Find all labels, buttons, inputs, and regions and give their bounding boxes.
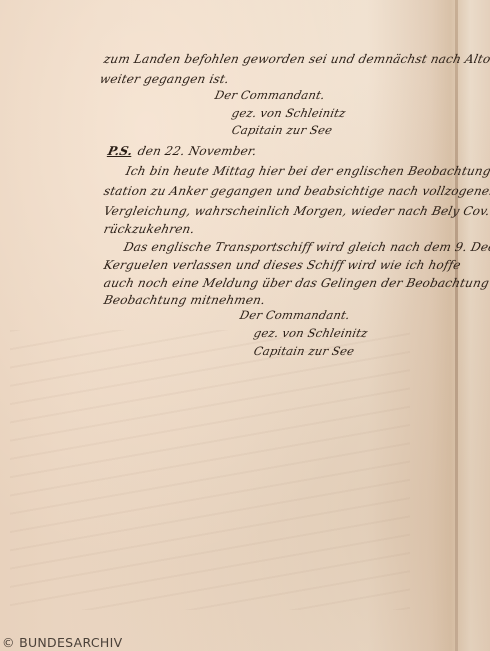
bleed-through-text (10, 330, 410, 610)
signature-rank: Capitain zur See (253, 344, 356, 358)
postscript-date: den 22. November. (137, 144, 259, 158)
text-line: station zu Anker gegangen und beabsichti… (103, 184, 490, 198)
document-page: zum Landen befohlen geworden sei und dem… (0, 0, 490, 651)
signature-title: Der Commandant. (214, 88, 327, 102)
text-line: Ich bin heute Mittag hier bei der englis… (125, 164, 490, 178)
text-line: Das englische Transportschiff wird gleic… (123, 240, 490, 254)
text-line: weiter gegangen ist. (99, 72, 231, 86)
signature-name: gez. von Schleinitz (231, 106, 347, 120)
text-line: auch noch eine Meldung über das Gelingen… (103, 276, 490, 290)
text-line: Vergleichung, wahrscheinlich Morgen, wie… (103, 204, 490, 218)
signature-title: Der Commandant. (239, 308, 352, 322)
page-fold (455, 0, 458, 651)
text-line: Beobachtung mitnehmen. (103, 293, 267, 307)
signature-rank: Capitain zur See (231, 123, 334, 137)
text-line: rückzukehren. (103, 222, 197, 236)
text-line: Kerguelen verlassen und dieses Schiff wi… (103, 258, 463, 272)
copyright-watermark: © BUNDESARCHIV (2, 635, 122, 650)
postscript-heading: P.S. (107, 144, 134, 158)
signature-name: gez. von Schleinitz (253, 326, 369, 340)
text-line: zum Landen befohlen geworden sei und dem… (103, 52, 490, 66)
